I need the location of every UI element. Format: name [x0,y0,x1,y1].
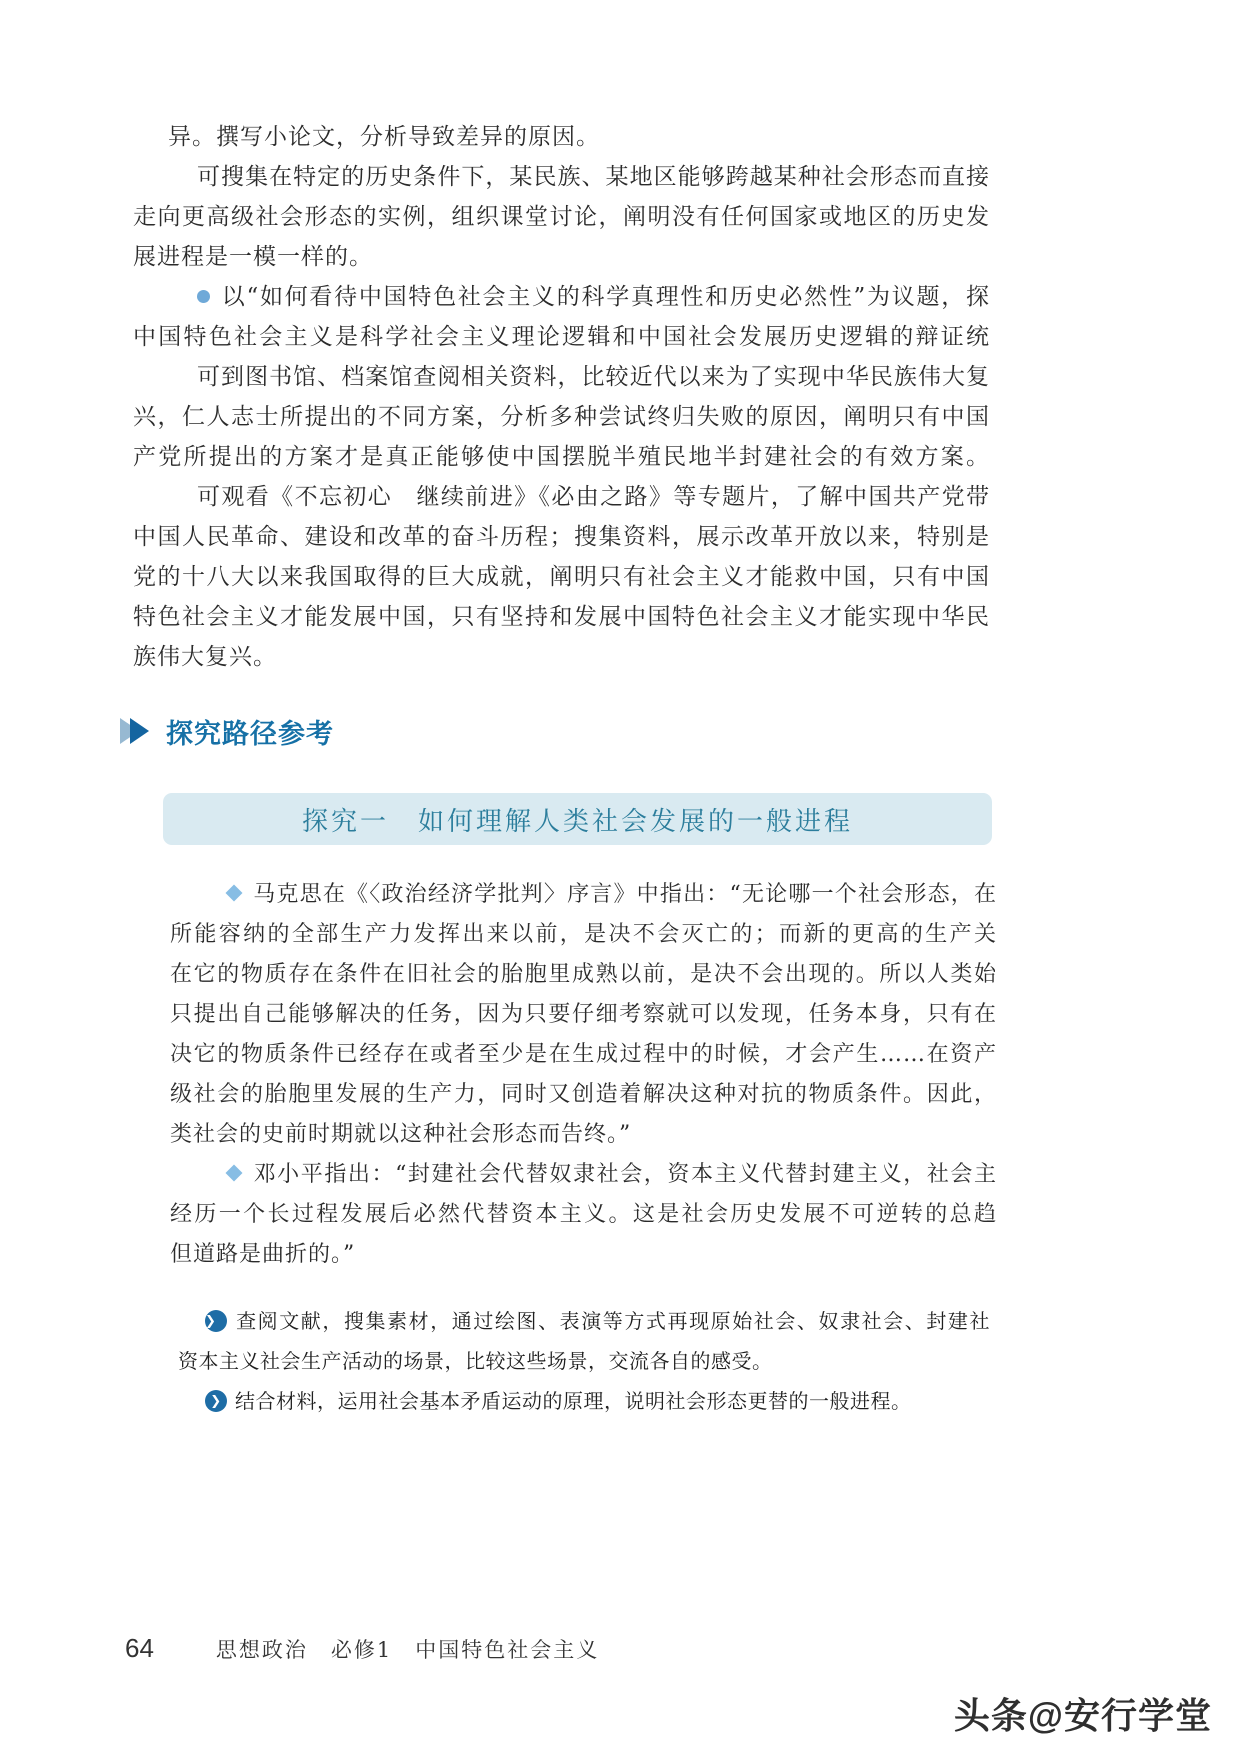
text-line: 可搜集在特定的历史条件下，某民族、某地区能够跨越某种社会形态而直接 [133,157,990,197]
text-line: 中国人民革命、建设和改革的奋斗历程；搜集资料，展示改革开放以来，特别是 [133,517,990,557]
text-line: 可到图书馆、档案馆查阅相关资料，比较近代以来为了实现中华民族伟大复 [133,357,990,397]
task-list: ❯查阅文献，搜集素材，通过绘图、表演等方式再现原始社会、奴隶社会、封建社会、资本… [178,1302,990,1422]
body-text-block: 异。撰写小论文，分析导致差异的原因。可搜集在特定的历史条件下，某民族、某地区能够… [133,117,990,677]
explore-path-header: 探究路径参考 [120,711,334,751]
text-line: 可观看《不忘初心 继续前进》《必由之路》等专题片，了解中国共产党带领 [133,477,990,517]
page-number: 64 [125,1633,154,1664]
text-line: 族伟大复兴。 [133,637,990,677]
text-line: 特色社会主义才能发展中国，只有坚持和发展中国特色社会主义才能实现中华民 [133,597,990,637]
banner-title: 探究一 如何理解人类社会发展的一般进程 [302,801,853,838]
text-line: 在它的物质存在条件在旧社会的胎胞里成熟以前，是决不会出现的。所以人类始终 [170,955,997,995]
text-line: 中国特色社会主义是科学社会主义理论逻辑和中国社会发展历史逻辑的辩证统一。 [133,317,990,357]
bullet-dot-icon [197,290,210,303]
text-line: 资本主义社会生产活动的场景，比较这些场景，交流各自的感受。 [178,1342,990,1382]
book-title: 思想政治 必修1 中国特色社会主义 [216,1634,599,1664]
text-line: 以“如何看待中国特色社会主义的科学真理性和历史必然性”为议题，探究 [133,277,990,317]
text-line: 级社会的胎胞里发展的生产力，同时又创造着解决这种对抗的物质条件。因此，人 [170,1075,997,1115]
bullet-diamond-icon [226,1165,243,1182]
text-line: 但道路是曲折的。” [170,1235,997,1275]
watermark: 头条@安行学堂 [954,1688,1212,1739]
text-line: 只提出自己能够解决的任务，因为只要仔细考察就可以发现，任务本身，只有在解 [170,995,997,1035]
text-line: 党的十八大以来我国取得的巨大成就，阐明只有社会主义才能救中国，只有中国 [133,557,990,597]
text-line: 决它的物质条件已经存在或者至少是在生成过程中的时候，才会产生……在资产阶 [170,1035,997,1075]
quote-block: 马克思在《〈政治经济学批判〉序言》中指出：“无论哪一个社会形态，在它所能容纳的全… [170,875,997,1275]
footer: 64 思想政治 必修1 中国特色社会主义 [125,1633,599,1664]
text-line: ❯结合材料，运用社会基本矛盾运动的原理，说明社会形态更替的一般进程。 [178,1382,990,1422]
text-line: 邓小平指出：“封建社会代替奴隶社会，资本主义代替封建主义，社会主义 [170,1155,997,1195]
text-line: 展进程是一模一样的。 [133,237,990,277]
textbook-page: 异。撰写小论文，分析导致差异的原因。可搜集在特定的历史条件下，某民族、某地区能够… [0,0,1240,1753]
text-line: 经历一个长过程发展后必然代替资本主义。这是社会历史发展不可逆转的总趋势， [170,1195,997,1235]
section-title: 探究路径参考 [166,712,334,751]
text-line: 异。撰写小论文，分析导致差异的原因。 [133,117,990,157]
text-line: 类社会的史前时期就以这种社会形态而告终。” [170,1115,997,1155]
text-line: 所能容纳的全部生产力发挥出来以前，是决不会灭亡的；而新的更高的生产关系， [170,915,997,955]
text-line: 马克思在《〈政治经济学批判〉序言》中指出：“无论哪一个社会形态，在它 [170,875,997,915]
text-line: 兴，仁人志士所提出的不同方案，分析多种尝试终归失败的原因，阐明只有中国共 [133,397,990,437]
explore-banner: 探究一 如何理解人类社会发展的一般进程 [163,793,992,845]
arrow-circle-icon: ❯ [205,1390,227,1412]
bullet-diamond-icon [226,885,243,902]
text-line: 走向更高级社会形态的实例，组织课堂讨论，阐明没有任何国家或地区的历史发 [133,197,990,237]
arrow-circle-icon: ❯ [205,1310,227,1332]
text-line: ❯查阅文献，搜集素材，通过绘图、表演等方式再现原始社会、奴隶社会、封建社会、 [178,1302,990,1342]
forward-arrow-dark-icon [130,718,149,744]
text-line: 产党所提出的方案才是真正能够使中国摆脱半殖民地半封建社会的有效方案。 [133,437,990,477]
